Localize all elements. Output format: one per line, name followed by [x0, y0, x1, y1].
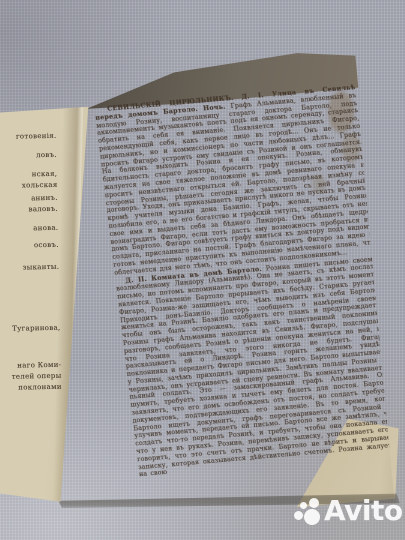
avito-logo-dot: [294, 511, 303, 520]
cast-fragment: анова.: [33, 225, 58, 233]
act1-paragraph: СЕВИЛЬСКІЙ ЦИРЮЛЬНИКЪ. Д. I. Улица въ Се…: [94, 84, 376, 277]
cast-fragment: телей оперы: [12, 373, 62, 381]
cast-fragment: осовъ.: [34, 242, 59, 250]
cast-fragment: наго Коми-: [17, 362, 61, 370]
act2-paragraph: Д. II. Комната въ домѣ Бартоло. Розина п…: [115, 256, 401, 480]
avito-logo-dot: [300, 502, 307, 509]
cast-fragment: Тугаринова,: [12, 325, 60, 333]
cast-fragment: валовъ.: [28, 206, 58, 214]
avito-watermark: Avito: [288, 492, 403, 536]
avito-logo-icon: [288, 492, 326, 530]
cast-fragment: зыканты.: [23, 264, 60, 272]
cast-fragment: анинъ.: [31, 195, 58, 203]
cast-fragment: готовенія.: [16, 133, 57, 141]
cast-fragment: хольская: [22, 182, 58, 190]
cast-fragment: нская,: [32, 171, 58, 179]
act2-body: Розина пишетъ письмо своему возлюбленном…: [116, 256, 400, 479]
avito-logo-dot: [304, 509, 320, 525]
avito-wordmark: Avito: [324, 494, 403, 527]
cast-fragment: ловъ.: [36, 152, 57, 159]
synopsis-text: СЕВИЛЬСКІЙ ЦИРЮЛЬНИКЪ. Д. I. Улица въ Се…: [94, 84, 401, 480]
avito-logo-dot: [309, 498, 319, 508]
act1-body: Графъ Альмавива, влюбленный въ молодую Р…: [96, 92, 375, 277]
synopsis-page: СЕВИЛЬСКІЙ ЦИРЮЛЬНИКЪ. Д. I. Улица въ Се…: [50, 55, 405, 517]
